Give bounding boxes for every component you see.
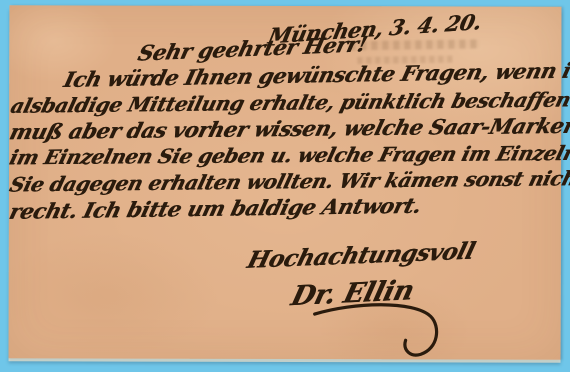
- salutation: Sehr geehrter Herr!: [135, 31, 369, 66]
- postcard: München, 3. 4. 20. Sehr geehrter Herr! I…: [9, 5, 562, 359]
- body-line: muß aber das vorher wissen, welche Saar-…: [7, 113, 570, 145]
- body-line: im Einzelnen Sie geben u. welche Fragen …: [7, 141, 570, 170]
- body-line: recht. Ich bitte um baldige Antwort.: [7, 193, 424, 224]
- closing: Hochachtungsvoll: [244, 237, 477, 274]
- body-line: Sie dagegen erhalten wollten. Wir kämen …: [7, 166, 570, 197]
- signature: Dr. Ellin: [288, 275, 417, 312]
